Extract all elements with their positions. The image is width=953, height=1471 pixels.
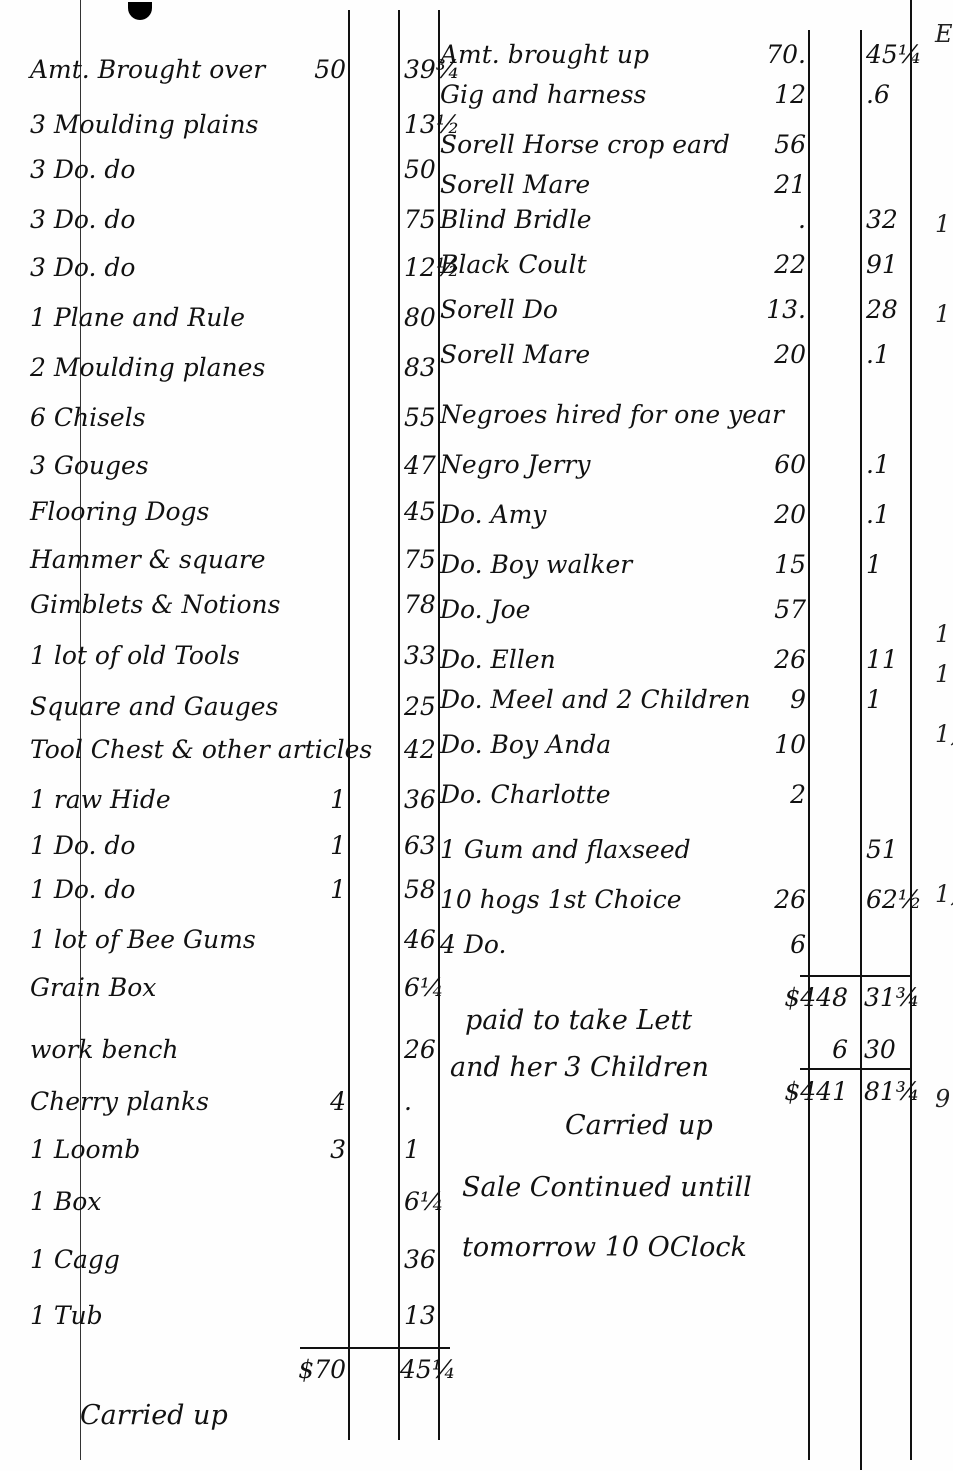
item-dollars: 56 <box>760 125 806 165</box>
item-cents: .1 <box>866 445 890 485</box>
item-cents: 28 <box>866 290 898 330</box>
item-dollars: 26 <box>760 880 806 920</box>
ledger-page: Amt. Brought over5039¾3 Moulding plains1… <box>0 0 953 1471</box>
sale-note-line-1: Sale Continued untill <box>462 1172 752 1203</box>
item-dollars: 21 <box>760 165 806 205</box>
ledger-row: 1 Loomb31 <box>0 1130 953 1170</box>
item-dollars: 20 <box>760 495 806 535</box>
ledger-row: 4 Do.6 <box>0 925 953 965</box>
ledger-row: Black Coult2291 <box>0 245 953 285</box>
edge-fragment: 1 <box>935 660 950 688</box>
item-cents: 13 <box>404 1296 436 1336</box>
edge-fragment: 1, <box>935 720 953 748</box>
ledger-row: Negro Jerry60.1 <box>0 445 953 485</box>
right-total-cents: 81¾ <box>864 1072 914 1112</box>
ledger-row: Blind Bridle.32 <box>0 200 953 240</box>
right-subtotal-dollars-value: 448 <box>800 983 848 1012</box>
item-cents: .1 <box>866 495 890 535</box>
item-description: Do. Boy Anda <box>440 725 611 765</box>
item-dollars: 4 <box>300 1082 346 1122</box>
item-cents: 36 <box>404 1240 436 1280</box>
right-subtotal-cents: 31¾ <box>864 978 914 1018</box>
item-description: Gig and harness <box>440 75 646 115</box>
item-description: work bench <box>30 1030 179 1070</box>
item-cents: 62½ <box>866 880 922 920</box>
item-description: 1 Tub <box>30 1296 103 1336</box>
item-cents: 1 <box>866 545 882 585</box>
ledger-row: Sorell Horse crop eard56 <box>0 125 953 165</box>
item-description: 1 Box <box>30 1182 101 1222</box>
left-total-dollars-value: 70 <box>314 1355 346 1384</box>
edge-fragment: E <box>935 20 953 48</box>
right-total-dollars-value: 441 <box>800 1077 848 1106</box>
ledger-row: Do. Boy Anda10 <box>0 725 953 765</box>
brought-forward-row: Amt. brought up70.45¼ <box>0 35 953 75</box>
sale-note-line-2: tomorrow 10 OClock <box>462 1232 747 1263</box>
edge-fragment: 1 <box>935 620 950 648</box>
item-cents: 45¼ <box>866 35 922 75</box>
item-dollars: 13. <box>760 290 806 330</box>
item-cents: 91 <box>866 245 898 285</box>
ledger-row: Do. Boy walker151 <box>0 545 953 585</box>
deduction-dollars: 6 <box>740 1030 848 1070</box>
item-description: 10 hogs 1st Choice <box>440 880 682 920</box>
ledger-row: Gig and harness12.6 <box>0 75 953 115</box>
edge-fragment: 1, <box>935 880 953 908</box>
left-total-row: $70 45¼ <box>0 1350 440 1390</box>
item-description: 1 Loomb <box>30 1130 140 1170</box>
item-dollars: . <box>760 200 806 240</box>
item-description: Black Coult <box>440 245 587 285</box>
left-total-cents: 45¼ <box>400 1350 440 1390</box>
item-description: Sorell Horse crop eard <box>440 125 730 165</box>
edge-fragment: 9 <box>935 1085 950 1113</box>
right-subtotal-dollars: $448 <box>740 978 848 1018</box>
item-dollars: 22 <box>760 245 806 285</box>
right-total-row: $441 81¾ <box>440 1072 920 1112</box>
item-description: Do. Meel and 2 Children <box>440 680 751 720</box>
item-description: Cherry planks <box>30 1082 209 1122</box>
ledger-row: 10 hogs 1st Choice2662½ <box>0 880 953 920</box>
left-total-dollars: $70 <box>270 1350 346 1390</box>
item-description: Do. Amy <box>440 495 546 535</box>
item-description: 1 Cagg <box>30 1240 120 1280</box>
currency-sign: $ <box>298 1355 314 1384</box>
item-dollars: 2 <box>760 775 806 815</box>
deduction-amount-row: 6 30 <box>440 1030 920 1070</box>
deduction-cents: 30 <box>864 1030 914 1070</box>
item-description: Negro Jerry <box>440 445 590 485</box>
currency-sign: $ <box>784 1077 800 1106</box>
item-description: Do. Boy walker <box>440 545 632 585</box>
item-description: Sorell Mare <box>440 165 590 205</box>
item-description: Blind Bridle <box>440 200 592 240</box>
item-description: Do. Charlotte <box>440 775 611 815</box>
ledger-row: 1 Tub13 <box>0 1296 953 1336</box>
right-carried-up: Carried up <box>565 1110 713 1141</box>
left-total-rule <box>300 1347 450 1349</box>
item-description: 4 Do. <box>440 925 506 965</box>
item-cents: 26 <box>404 1030 436 1070</box>
ledger-row: Sorell Do13.28 <box>0 290 953 330</box>
edge-fragment: 1 <box>935 300 950 328</box>
item-dollars: 10 <box>760 725 806 765</box>
item-description: Grain Box <box>30 968 156 1008</box>
ledger-row: Do. Ellen2611 <box>0 640 953 680</box>
item-dollars: 70. <box>760 35 806 75</box>
item-description: Amt. brought up <box>440 35 649 75</box>
ledger-row: Sorell Mare20.1 <box>0 335 953 375</box>
edge-fragment: 1 <box>935 210 950 238</box>
item-dollars: 12 <box>760 75 806 115</box>
currency-sign: $ <box>784 983 800 1012</box>
ledger-row: Do. Joe57 <box>0 590 953 630</box>
item-description: 1 Gum and flaxseed <box>440 830 691 870</box>
item-cents: 6¼ <box>404 968 444 1008</box>
ledger-row: Do. Meel and 2 Children91 <box>0 680 953 720</box>
left-carried-up: Carried up <box>80 1400 228 1431</box>
item-description: Sorell Mare <box>440 335 590 375</box>
ink-blot <box>128 2 152 20</box>
ledger-row: Negroes hired for one year <box>0 395 953 435</box>
item-cents: 11 <box>866 640 898 680</box>
item-dollars: 6 <box>760 925 806 965</box>
item-description: Do. Joe <box>440 590 530 630</box>
item-description: Negroes hired for one year <box>440 395 784 435</box>
item-dollars: 9 <box>760 680 806 720</box>
item-cents: .1 <box>866 335 890 375</box>
item-dollars: 20 <box>760 335 806 375</box>
item-cents: . <box>404 1082 412 1122</box>
ledger-row: Do. Charlotte2 <box>0 775 953 815</box>
ledger-row: Do. Amy20.1 <box>0 495 953 535</box>
item-cents: 51 <box>866 830 898 870</box>
item-cents: 6¼ <box>404 1182 444 1222</box>
item-cents: 32 <box>866 200 898 240</box>
item-dollars: 26 <box>760 640 806 680</box>
item-description: Sorell Do <box>440 290 558 330</box>
right-total-dollars: $441 <box>740 1072 848 1112</box>
item-dollars: 57 <box>760 590 806 630</box>
item-description: Do. Ellen <box>440 640 556 680</box>
ledger-row: Sorell Mare21 <box>0 165 953 205</box>
item-dollars: 15 <box>760 545 806 585</box>
item-cents: 1 <box>866 680 882 720</box>
item-cents: .6 <box>866 75 890 115</box>
item-cents: 1 <box>404 1130 420 1170</box>
item-dollars: 60 <box>760 445 806 485</box>
item-dollars: 3 <box>300 1130 346 1170</box>
ledger-row: 1 Gum and flaxseed51 <box>0 830 953 870</box>
